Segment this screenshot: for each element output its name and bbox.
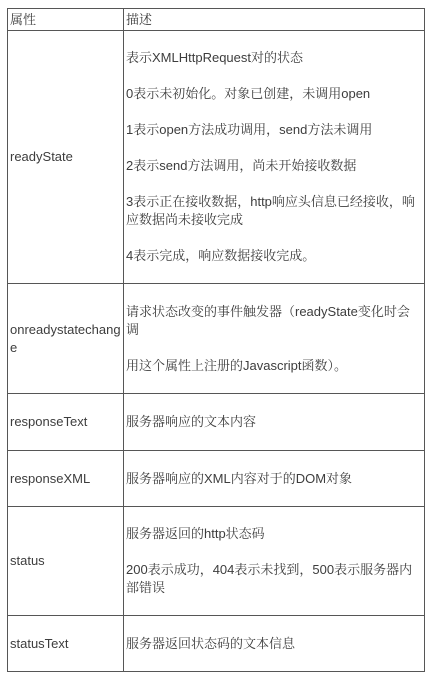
desc-paragraph: 请求状态改变的事件触发器（readyState变化时会调	[126, 303, 422, 339]
desc-paragraph: 服务器响应的文本内容	[126, 413, 422, 431]
desc-paragraph: 表示XMLHttpRequest对的状态	[126, 49, 422, 67]
desc-paragraph: 2表示send方法调用，尚未开始接收数据	[126, 157, 422, 175]
property-description-cell: 服务器响应的XML内容对于的DOM对象	[124, 451, 425, 507]
table-header-row: 属性 描述	[8, 9, 425, 31]
table-row-responsexml: responseXML 服务器响应的XML内容对于的DOM对象	[8, 451, 425, 507]
property-name-cell: onreadystatechange	[8, 284, 124, 394]
property-description-cell: 服务器响应的文本内容	[124, 394, 425, 451]
desc-paragraph: 服务器返回的http状态码	[126, 525, 422, 543]
desc-paragraph: 服务器返回状态码的文本信息	[126, 635, 422, 653]
table-row-onreadystatechange: onreadystatechange 请求状态改变的事件触发器（readySta…	[8, 284, 425, 394]
desc-paragraph: 4表示完成，响应数据接收完成。	[126, 247, 422, 265]
property-description-cell: 请求状态改变的事件触发器（readyState变化时会调 用这个属性上注册的Ja…	[124, 284, 425, 394]
header-description: 描述	[124, 9, 425, 31]
desc-paragraph: 200表示成功，404表示未找到，500表示服务器内部错误	[126, 561, 422, 597]
table-row-responsetext: responseText 服务器响应的文本内容	[8, 394, 425, 451]
xmlhttprequest-properties-table: 属性 描述 readyState 表示XMLHttpRequest对的状态 0表…	[7, 8, 425, 672]
table-row-statustext: statusText 服务器返回状态码的文本信息	[8, 616, 425, 672]
property-description-cell: 表示XMLHttpRequest对的状态 0表示未初始化。对象已创建，未调用op…	[124, 31, 425, 284]
header-property: 属性	[8, 9, 124, 31]
desc-paragraph: 用这个属性上注册的Javascript函数）。	[126, 357, 422, 375]
property-description-cell: 服务器返回状态码的文本信息	[124, 616, 425, 672]
property-name-cell: statusText	[8, 616, 124, 672]
desc-paragraph: 3表示正在接收数据，http响应头信息已经接收，响应数据尚未接收完成	[126, 193, 422, 229]
desc-paragraph: 0表示未初始化。对象已创建，未调用open	[126, 85, 422, 103]
table-row-status: status 服务器返回的http状态码 200表示成功，404表示未找到，50…	[8, 507, 425, 616]
property-name-cell: responseXML	[8, 451, 124, 507]
property-name-cell: responseText	[8, 394, 124, 451]
property-name-cell: readyState	[8, 31, 124, 284]
property-description-cell: 服务器返回的http状态码 200表示成功，404表示未找到，500表示服务器内…	[124, 507, 425, 616]
property-name-cell: status	[8, 507, 124, 616]
table-row-readystate: readyState 表示XMLHttpRequest对的状态 0表示未初始化。…	[8, 31, 425, 284]
desc-paragraph: 服务器响应的XML内容对于的DOM对象	[126, 470, 422, 488]
desc-paragraph: 1表示open方法成功调用，send方法未调用	[126, 121, 422, 139]
